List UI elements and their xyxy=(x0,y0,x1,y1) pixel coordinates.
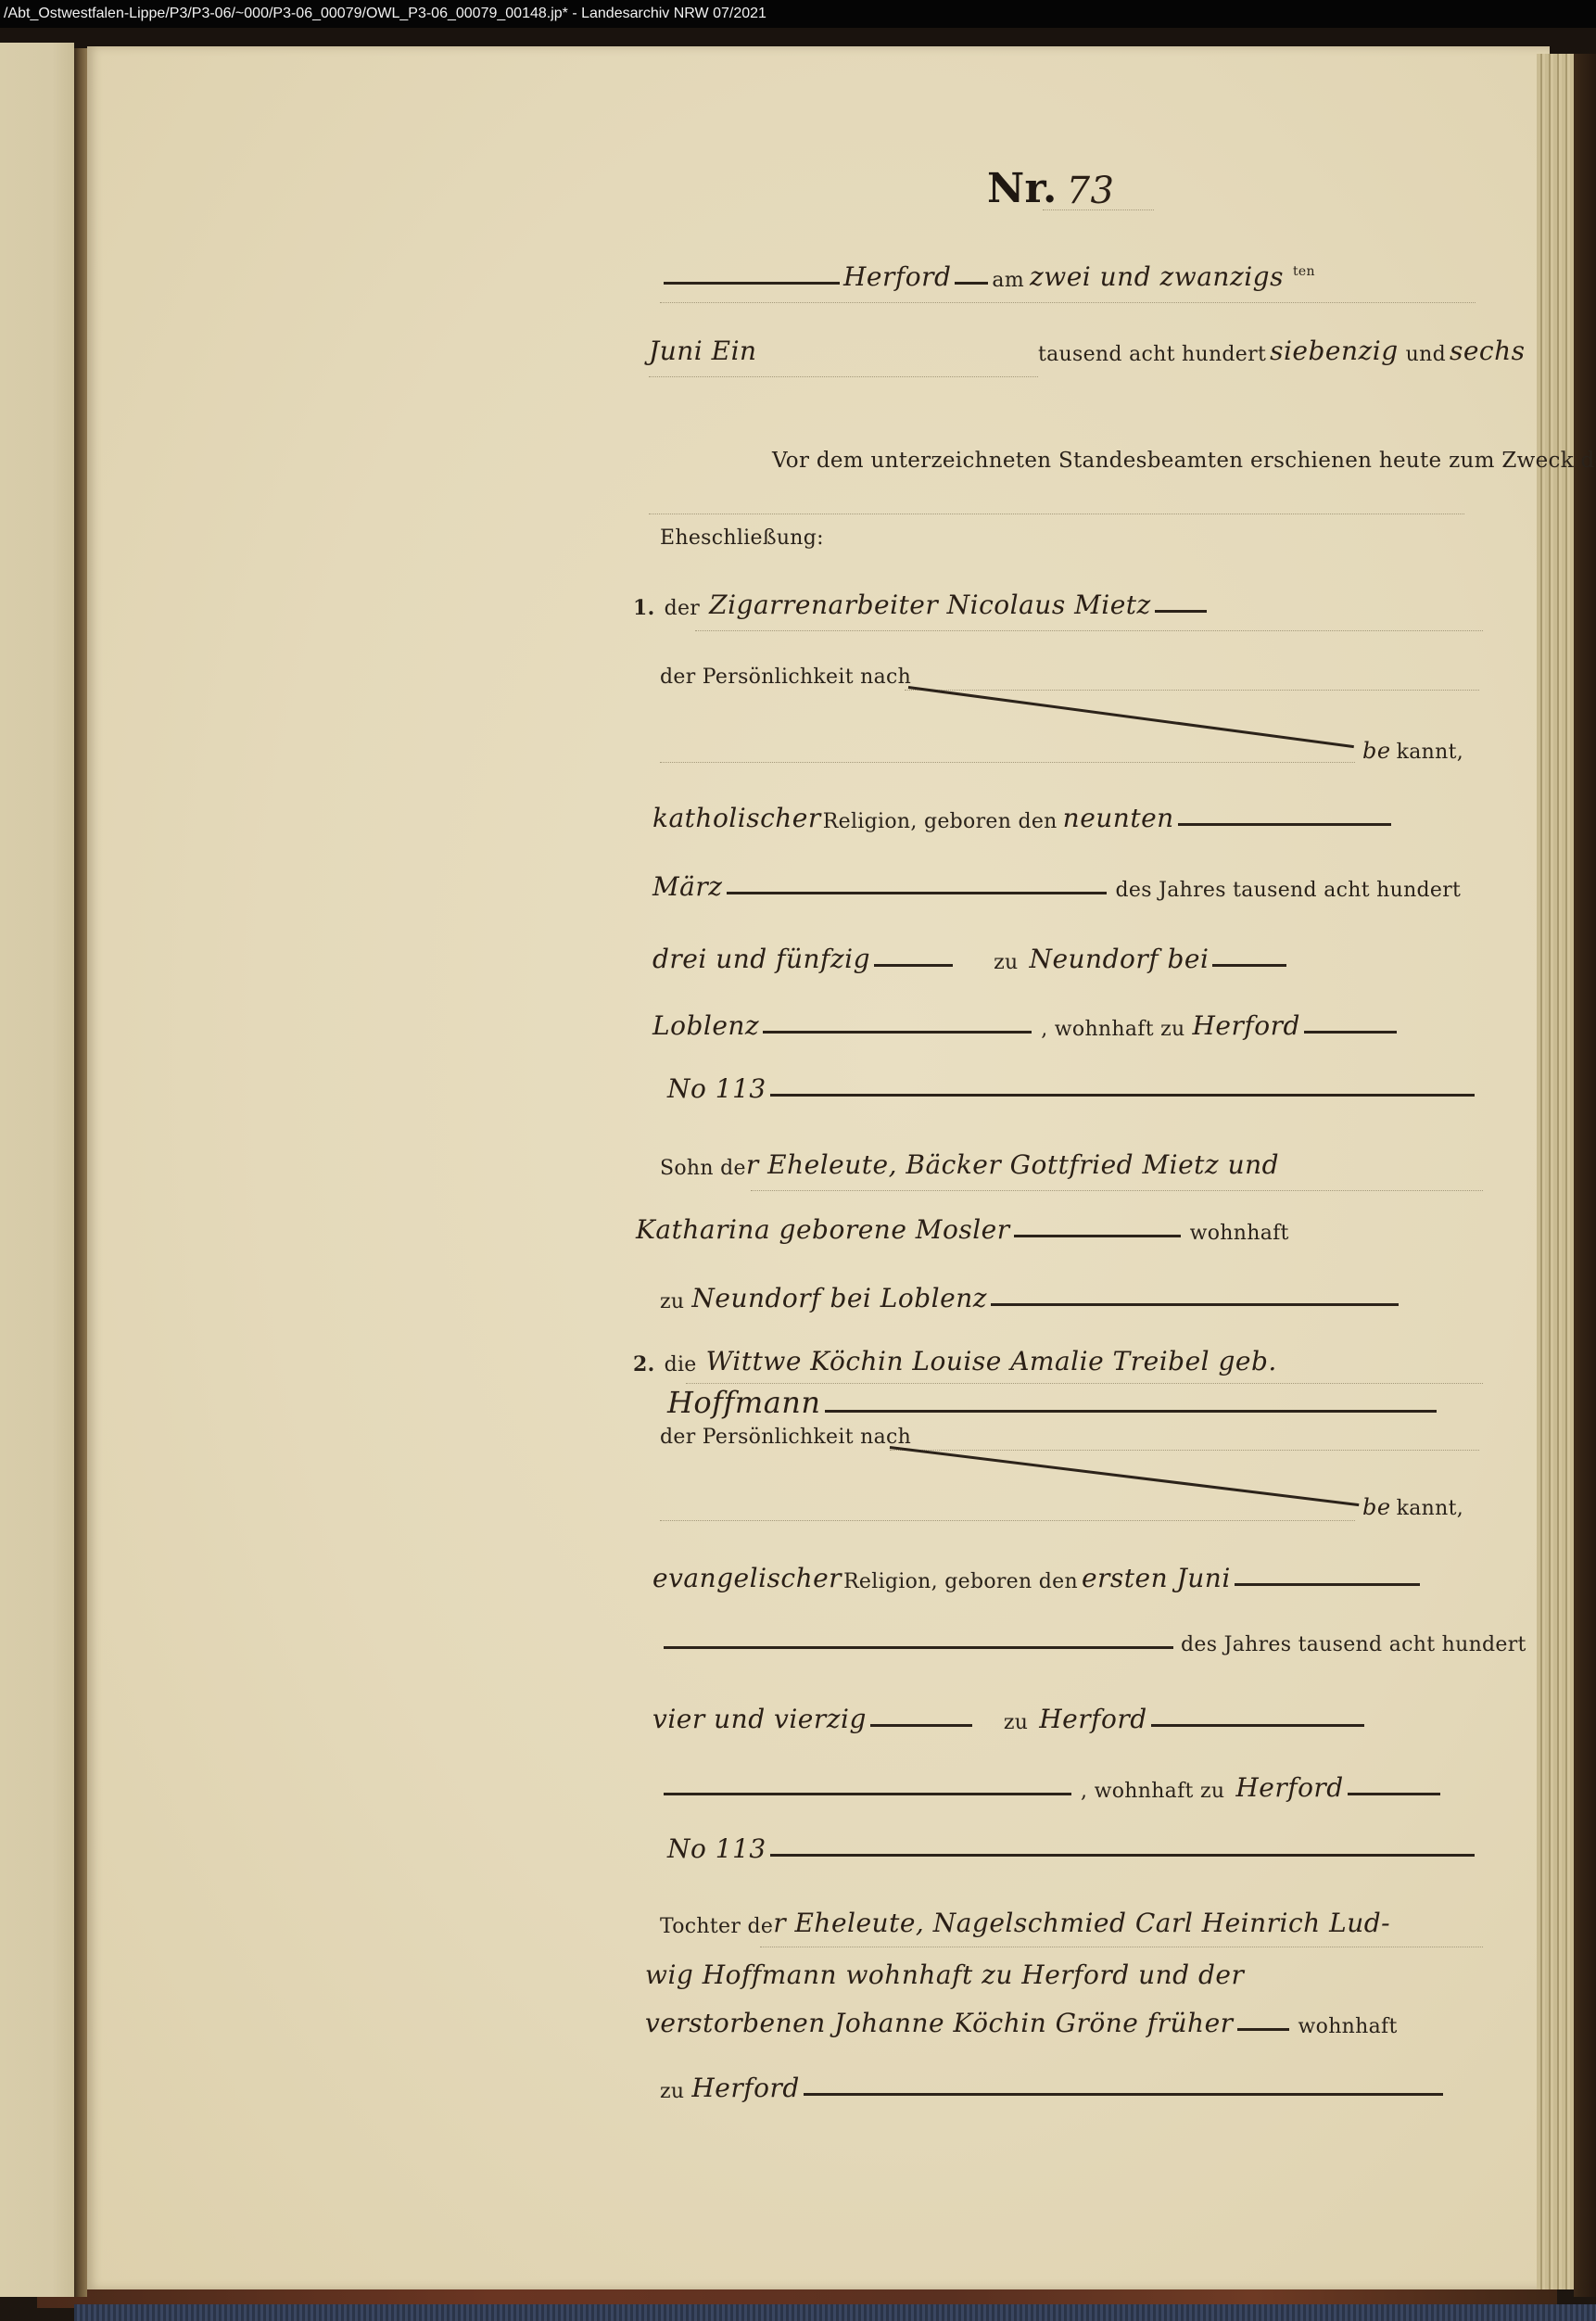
party2-birth-day: ersten Juni xyxy=(1082,1563,1231,1593)
party1-name-line: 1. der Zigarrenarbeiter Nicolaus Mietz xyxy=(633,590,1210,620)
party2-identity-line: der Persönlichkeit nach xyxy=(660,1426,911,1449)
party1-identity-suffix: kannt, xyxy=(1397,741,1463,764)
marriage-register-form: Nr. 73 Herford am zwei und zwanzigs ten … xyxy=(0,0,1596,2321)
blank-rule xyxy=(955,282,988,285)
party2-name-1: Wittwe Köchin Louise Amalie Treibel geb. xyxy=(706,1346,1277,1376)
party1-birthplace-label: zu xyxy=(994,951,1018,974)
party2-religion: evangelischer xyxy=(652,1563,842,1593)
party1-house-line: No 113 xyxy=(667,1073,1478,1104)
party2-parents-3: verstorbenen Johanne Köchin Gröne früher xyxy=(645,2008,1234,2038)
intro-line: Vor dem unterzeichneten Standesbeamten e… xyxy=(772,449,1596,473)
party2-house-line: No 113 xyxy=(667,1833,1478,1864)
party2-residence-line: , wohnhaft zu Herford xyxy=(660,1772,1444,1803)
record-number: Nr. 73 xyxy=(987,165,1115,212)
party2-parents-residence: Herford xyxy=(691,2073,799,2103)
party2-residence: Herford xyxy=(1235,1772,1343,1803)
record-number-label: Nr. xyxy=(987,165,1058,212)
year-label: tausend acht hundert xyxy=(1038,343,1266,366)
blank-rule xyxy=(770,1854,1475,1857)
blank-rule xyxy=(804,2093,1443,2096)
party1-parents-2: Katharina geborene Mosler xyxy=(636,1214,1010,1245)
eheschliessung-label: Eheschließung: xyxy=(660,526,824,550)
party1-religion: katholischer xyxy=(652,803,821,833)
party2-parents-residence-line: zu Herford xyxy=(660,2073,1447,2103)
party2-identity-label: der Persönlichkeit nach xyxy=(660,1426,911,1449)
blank-rule xyxy=(1348,1793,1440,1795)
party2-parents-line3: verstorbenen Johanne Köchin Gröne früher… xyxy=(645,2008,1398,2038)
party1-article: der xyxy=(665,597,701,620)
registry-unit: sechs xyxy=(1450,336,1526,366)
party2-number: 2. xyxy=(633,1352,655,1376)
party1-identity-line: der Persönlichkeit nach xyxy=(660,666,911,689)
party1-parents-line1: Sohn de r Eheleute, Bäcker Gottfried Mie… xyxy=(660,1149,1279,1180)
registry-month: Juni Ein xyxy=(649,336,1038,366)
party2-year-label: des Jahres tausend acht hundert xyxy=(1181,1633,1526,1656)
month-year-line: Juni Ein tausend acht hundert siebenzig … xyxy=(649,336,1526,366)
blank-rule xyxy=(1304,1031,1397,1034)
party1-birthplace-cont: Loblenz xyxy=(652,1010,759,1041)
blank-rule xyxy=(874,964,953,967)
party1-birth-month: März xyxy=(652,871,723,902)
registry-day: zwei und zwanzigs xyxy=(1030,261,1284,292)
party1-residence-line: Loblenz , wohnhaft zu Herford xyxy=(652,1010,1400,1041)
registry-decade: siebenzig xyxy=(1270,336,1399,366)
dotted-line xyxy=(760,1947,1483,1947)
dotted-line xyxy=(660,762,1355,763)
blank-rule xyxy=(664,282,840,285)
party1-identity-hand: be xyxy=(1362,738,1391,764)
party2-religion-line: evangelischer Religion, geboren den erst… xyxy=(652,1563,1424,1593)
party2-zu-label: zu xyxy=(660,2080,684,2103)
party2-parents-line2: wig Hoffmann wohnhaft zu Herford und der xyxy=(645,1960,1244,1990)
party2-religion-label: Religion, geboren den xyxy=(843,1570,1078,1593)
party1-parents-label: Sohn de xyxy=(660,1157,746,1180)
party1-birth-year-line: drei und fünfzig zu Neundorf bei xyxy=(652,944,1290,974)
dotted-line xyxy=(890,1450,1479,1451)
party1-zu-label: zu xyxy=(660,1290,684,1313)
dotted-line xyxy=(751,1190,1483,1191)
und-label: und xyxy=(1406,343,1446,366)
party2-house-number: No 113 xyxy=(667,1833,766,1864)
party2-name-2: Hoffmann xyxy=(667,1385,821,1420)
party2-identity-suffix: kannt, xyxy=(1397,1497,1463,1520)
party2-parents-label: Tochter de xyxy=(660,1915,773,1938)
party1-religion-line: katholischer Religion, geboren den neunt… xyxy=(652,803,1395,833)
party2-parents-1: r Eheleute, Nagelschmied Carl Heinrich L… xyxy=(773,1908,1390,1938)
party2-parents-residence-label: wohnhaft xyxy=(1298,2015,1398,2038)
party1-birthplace: Neundorf bei xyxy=(1029,944,1209,974)
strike-diagonal xyxy=(908,686,1354,748)
party2-name-line2: Hoffmann xyxy=(667,1385,1440,1420)
blank-rule xyxy=(1155,610,1207,613)
party1-parents-line2: Katharina geborene Mosler wohnhaft xyxy=(636,1214,1289,1245)
blank-rule xyxy=(1237,2028,1289,2031)
party2-birth-year: vier und vierzig xyxy=(652,1704,867,1734)
party2-identity-hand: be xyxy=(1362,1494,1391,1520)
party2-parents-2: wig Hoffmann wohnhaft zu Herford und der xyxy=(645,1960,1244,1990)
party2-article: die xyxy=(665,1353,697,1376)
party1-parents-1: r Eheleute, Bäcker Gottfried Mietz und xyxy=(746,1149,1279,1180)
blank-rule xyxy=(1235,1583,1420,1586)
party1-identity-label: der Persönlichkeit nach xyxy=(660,666,911,689)
party2-identity-end: be kannt, xyxy=(1362,1494,1463,1520)
intro-text: Vor dem unterzeichneten Standesbeamten e… xyxy=(772,449,1596,473)
party2-birthplace: Herford xyxy=(1039,1704,1146,1734)
blank-rule xyxy=(1014,1235,1181,1237)
registry-place: Herford xyxy=(843,261,951,292)
blank-rule xyxy=(870,1724,972,1727)
party1-birth-year: drei und fünfzig xyxy=(652,944,870,974)
blank-rule xyxy=(727,892,1107,894)
party1-name: Zigarrenarbeiter Nicolaus Mietz xyxy=(709,590,1151,620)
party2-birth-month-line: des Jahres tausend acht hundert xyxy=(660,1633,1526,1656)
party1-birth-month-line: März des Jahres tausend acht hundert xyxy=(652,871,1461,902)
party1-residence-label: , wohnhaft zu xyxy=(1041,1018,1184,1041)
dotted-line xyxy=(905,690,1479,691)
party2-birth-year-line: vier und vierzig zu Herford xyxy=(652,1704,1368,1734)
dotted-line xyxy=(695,630,1483,631)
blank-rule xyxy=(825,1410,1437,1413)
party2-birthplace-label: zu xyxy=(1004,1711,1028,1734)
party1-year-label: des Jahres tausend acht hundert xyxy=(1116,879,1462,902)
blank-rule xyxy=(770,1094,1475,1097)
record-number-value: 73 xyxy=(1067,170,1115,212)
dotted-line xyxy=(660,302,1476,303)
party1-number: 1. xyxy=(633,596,655,620)
party1-parents-residence: Neundorf bei Loblenz xyxy=(691,1283,987,1313)
am-label: am xyxy=(992,269,1024,292)
dotted-line xyxy=(686,1383,1483,1384)
blank-rule xyxy=(991,1303,1399,1306)
place-date-line: Herford am zwei und zwanzigs ten xyxy=(660,261,1315,292)
blank-rule xyxy=(1212,964,1286,967)
blank-rule xyxy=(1178,823,1391,826)
blank-rule xyxy=(664,1793,1071,1795)
blank-rule xyxy=(763,1031,1032,1034)
dotted-line xyxy=(649,514,1464,514)
party1-birth-day: neunten xyxy=(1063,803,1174,833)
ten-suffix: ten xyxy=(1293,264,1315,279)
blank-rule xyxy=(664,1646,1173,1649)
blank-rule xyxy=(1151,1724,1364,1727)
party1-house-number: No 113 xyxy=(667,1073,766,1104)
party1-parents-residence-line: zu Neundorf bei Loblenz xyxy=(660,1283,1402,1313)
intro-continuation: Eheschließung: xyxy=(660,526,824,550)
party1-identity-end: be kannt, xyxy=(1362,738,1463,764)
dotted-line xyxy=(649,376,1038,377)
party1-parents-residence-label: wohnhaft xyxy=(1190,1222,1289,1245)
party2-residence-label: , wohnhaft zu xyxy=(1081,1780,1224,1803)
party1-residence: Herford xyxy=(1193,1010,1300,1041)
party2-name-line: 2. die Wittwe Köchin Louise Amalie Treib… xyxy=(633,1346,1277,1376)
strike-diagonal xyxy=(890,1446,1360,1506)
record-number-dotted-line xyxy=(1043,209,1154,210)
party1-religion-label: Religion, geboren den xyxy=(823,810,1058,833)
party2-parents-line1: Tochter de r Eheleute, Nagelschmied Carl… xyxy=(660,1908,1390,1938)
dotted-line xyxy=(660,1520,1355,1521)
